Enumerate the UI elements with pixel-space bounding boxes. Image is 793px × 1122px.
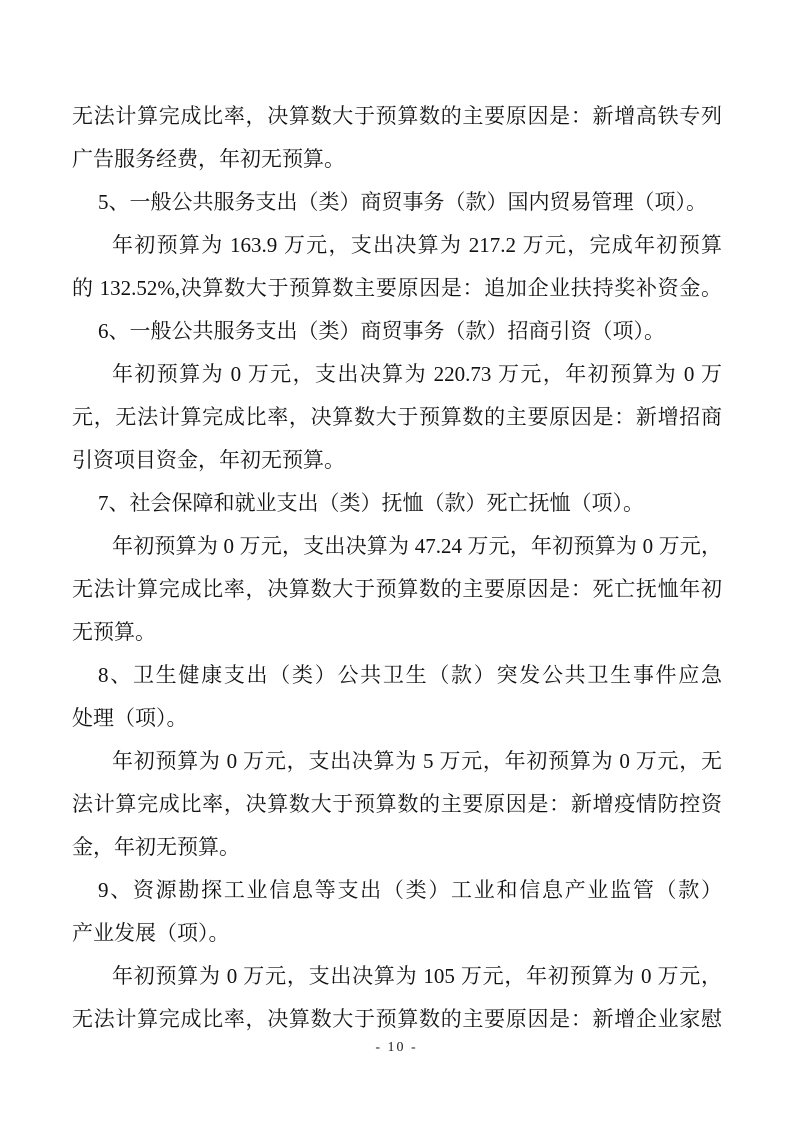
document-line: 年初预算为 0 万元，支出决算为 105 万元，年初预算为 0 万元， (72, 955, 722, 998)
document-line: 的 132.52%,决算数大于预算数主要原因是：追加企业扶持奖补资金。 (72, 267, 722, 310)
document-line: 8、卫生健康支出（类）公共卫生（款）突发公共卫生事件应急 (72, 654, 722, 697)
document-body: 无法计算完成比率，决算数大于预算数的主要原因是：新增高铁专列广告服务经费，年初无… (72, 95, 722, 1041)
document-line: 年初预算为 0 万元，支出决算为 5 万元，年初预算为 0 万元，无 (72, 740, 722, 783)
document-line: 引资项目资金，年初无预算。 (72, 439, 722, 482)
document-line: 5、一般公共服务支出（类）商贸事务（款）国内贸易管理（项）。 (72, 181, 722, 224)
document-line: 产业发展（项）。 (72, 912, 722, 955)
document-line: 无法计算完成比率，决算数大于预算数的主要原因是：新增高铁专列 (72, 95, 722, 138)
document-line: 处理（项）。 (72, 697, 722, 740)
document-line: 无法计算完成比率，决算数大于预算数的主要原因是：死亡抚恤年初 (72, 568, 722, 611)
document-line: 6、一般公共服务支出（类）商贸事务（款）招商引资（项）。 (72, 310, 722, 353)
document-line: 7、社会保障和就业支出（类）抚恤（款）死亡抚恤（项）。 (72, 482, 722, 525)
document-line: 法计算完成比率，决算数大于预算数的主要原因是：新增疫情防控资 (72, 783, 722, 826)
document-line: 广告服务经费，年初无预算。 (72, 138, 722, 181)
document-line: 年初预算为 0 万元，支出决算为 220.73 万元，年初预算为 0 万 (72, 353, 722, 396)
document-line: 9、资源勘探工业信息等支出（类）工业和信息产业监管（款） (72, 869, 722, 912)
page-number: - 10 - (0, 1040, 793, 1056)
document-line: 年初预算为 163.9 万元，支出决算为 217.2 万元，完成年初预算 (72, 224, 722, 267)
document-line: 无法计算完成比率，决算数大于预算数的主要原因是：新增企业家慰 (72, 998, 722, 1041)
document-page: 无法计算完成比率，决算数大于预算数的主要原因是：新增高铁专列广告服务经费，年初无… (0, 0, 793, 1122)
document-line: 元，无法计算完成比率，决算数大于预算数的主要原因是：新增招商 (72, 396, 722, 439)
document-line: 年初预算为 0 万元，支出决算为 47.24 万元，年初预算为 0 万元， (72, 525, 722, 568)
document-line: 无预算。 (72, 611, 722, 654)
document-line: 金，年初无预算。 (72, 826, 722, 869)
